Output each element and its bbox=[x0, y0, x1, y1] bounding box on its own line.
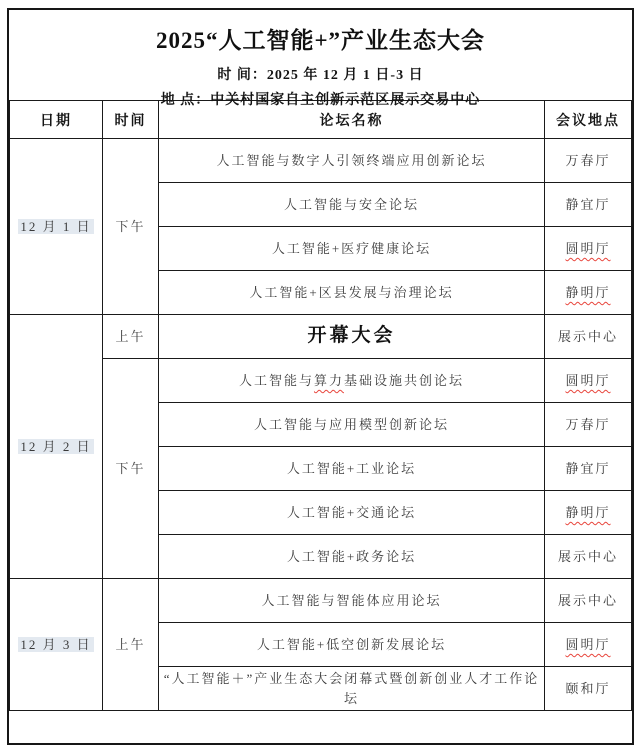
forum-text-part: 人工智能与 bbox=[239, 373, 314, 388]
forum-text: 人工智能与应用模型创新论坛 bbox=[254, 417, 449, 432]
forum-cell: “人工智能＋”产业生态大会闭幕式暨创新创业人才工作论坛 bbox=[159, 667, 545, 711]
schedule-body: 12 月 1 日下午人工智能与数字人引领终端应用创新论坛万春厅人工智能与安全论坛… bbox=[10, 139, 632, 711]
venue-text: 静宜厅 bbox=[565, 197, 610, 212]
forum-cell: 人工智能+区县发展与治理论坛 bbox=[159, 271, 545, 315]
date-text: 12 月 3 日 bbox=[18, 637, 93, 652]
venue-cell: 圆明厅 bbox=[545, 623, 632, 667]
time-text: 上午 bbox=[115, 637, 145, 652]
forum-cell: 人工智能与智能体应用论坛 bbox=[159, 579, 545, 623]
document-sheet: 2025“人工智能+”产业生态大会 时 间：2025 年 12 月 1 日-3 … bbox=[7, 8, 634, 745]
table-row: 12 月 3 日上午人工智能与智能体应用论坛展示中心 bbox=[10, 579, 632, 623]
venue-cell: 圆明厅 bbox=[545, 227, 632, 271]
time-text: 上午 bbox=[115, 329, 145, 344]
forum-text: 开幕大会 bbox=[307, 325, 395, 346]
venue-text: 展示中心 bbox=[558, 593, 618, 608]
venue-cell: 静宜厅 bbox=[545, 447, 632, 491]
venue-text: 静宜厅 bbox=[565, 461, 610, 476]
venue-text: 颐和厅 bbox=[565, 681, 610, 696]
col-header-date: 日期 bbox=[10, 101, 103, 139]
time-text: 下午 bbox=[115, 461, 145, 476]
venue-text: 万春厅 bbox=[565, 417, 610, 432]
forum-cell: 人工智能与安全论坛 bbox=[159, 183, 545, 227]
forum-cell: 人工智能与算力基础设施共创论坛 bbox=[159, 359, 545, 403]
venue-cell: 颐和厅 bbox=[545, 667, 632, 711]
time-cell: 上午 bbox=[103, 579, 159, 711]
venue-text: 展示中心 bbox=[558, 549, 618, 564]
date-cell: 12 月 3 日 bbox=[10, 579, 103, 711]
venue-cell: 静宜厅 bbox=[545, 183, 632, 227]
forum-cell: 人工智能+医疗健康论坛 bbox=[159, 227, 545, 271]
time-text: 下午 bbox=[115, 219, 145, 234]
col-header-venue: 会议地点 bbox=[545, 101, 632, 139]
time-cell: 下午 bbox=[103, 139, 159, 315]
venue-text: 圆明厅 bbox=[565, 373, 610, 388]
date-cell: 12 月 2 日 bbox=[10, 315, 103, 579]
date-cell: 12 月 1 日 bbox=[10, 139, 103, 315]
forum-cell: 人工智能与应用模型创新论坛 bbox=[159, 403, 545, 447]
venue-text: 圆明厅 bbox=[565, 241, 610, 256]
date-text: 12 月 2 日 bbox=[18, 439, 93, 454]
table-row: 12 月 1 日下午人工智能与数字人引领终端应用创新论坛万春厅 bbox=[10, 139, 632, 183]
venue-cell: 万春厅 bbox=[545, 139, 632, 183]
venue-text: 静明厅 bbox=[565, 505, 610, 520]
forum-text-part: 算力 bbox=[314, 373, 344, 388]
venue-cell: 圆明厅 bbox=[545, 359, 632, 403]
forum-cell: 开幕大会 bbox=[159, 315, 545, 359]
venue-cell: 静明厅 bbox=[545, 491, 632, 535]
title-block: 2025“人工智能+”产业生态大会 时 间：2025 年 12 月 1 日-3 … bbox=[9, 10, 632, 100]
forum-text: 人工智能+低空创新发展论坛 bbox=[257, 637, 446, 652]
venue-text: 万春厅 bbox=[565, 153, 610, 168]
forum-cell: 人工智能+低空创新发展论坛 bbox=[159, 623, 545, 667]
venue-cell: 展示中心 bbox=[545, 315, 632, 359]
forum-text: 人工智能+交通论坛 bbox=[287, 505, 416, 520]
meta-time: 时 间：2025 年 12 月 1 日-3 日 bbox=[9, 64, 632, 84]
col-header-time: 时间 bbox=[103, 101, 159, 139]
forum-text: 人工智能与数字人引领终端应用创新论坛 bbox=[216, 153, 486, 168]
date-text: 12 月 1 日 bbox=[18, 219, 93, 234]
venue-cell: 静明厅 bbox=[545, 271, 632, 315]
table-row: 下午人工智能与算力基础设施共创论坛圆明厅 bbox=[10, 359, 632, 403]
forum-cell: 人工智能+工业论坛 bbox=[159, 447, 545, 491]
table-row: 12 月 2 日上午开幕大会展示中心 bbox=[10, 315, 632, 359]
venue-cell: 展示中心 bbox=[545, 535, 632, 579]
time-cell: 上午 bbox=[103, 315, 159, 359]
venue-text: 展示中心 bbox=[558, 329, 618, 344]
forum-text: 人工智能+区县发展与治理论坛 bbox=[249, 285, 453, 300]
forum-cell: 人工智能+交通论坛 bbox=[159, 491, 545, 535]
forum-text: 人工智能与智能体应用论坛 bbox=[261, 593, 441, 608]
forum-text: 人工智能+政务论坛 bbox=[287, 549, 416, 564]
forum-text: 人工智能与安全论坛 bbox=[284, 197, 419, 212]
venue-text: 静明厅 bbox=[565, 285, 610, 300]
forum-text: 人工智能+工业论坛 bbox=[287, 461, 416, 476]
forum-cell: 人工智能+政务论坛 bbox=[159, 535, 545, 579]
forum-text: 人工智能+医疗健康论坛 bbox=[272, 241, 431, 256]
page-title: 2025“人工智能+”产业生态大会 bbox=[9, 22, 632, 55]
forum-text-part: 基础设施共创论坛 bbox=[344, 373, 464, 388]
venue-cell: 万春厅 bbox=[545, 403, 632, 447]
forum-cell: 人工智能与数字人引领终端应用创新论坛 bbox=[159, 139, 545, 183]
venue-text: 圆明厅 bbox=[565, 637, 610, 652]
forum-text: “人工智能＋”产业生态大会闭幕式暨创新创业人才工作论坛 bbox=[164, 671, 540, 706]
venue-cell: 展示中心 bbox=[545, 579, 632, 623]
schedule-table: 日期 时间 论坛名称 会议地点 12 月 1 日下午人工智能与数字人引领终端应用… bbox=[9, 100, 632, 711]
time-cell: 下午 bbox=[103, 359, 159, 579]
